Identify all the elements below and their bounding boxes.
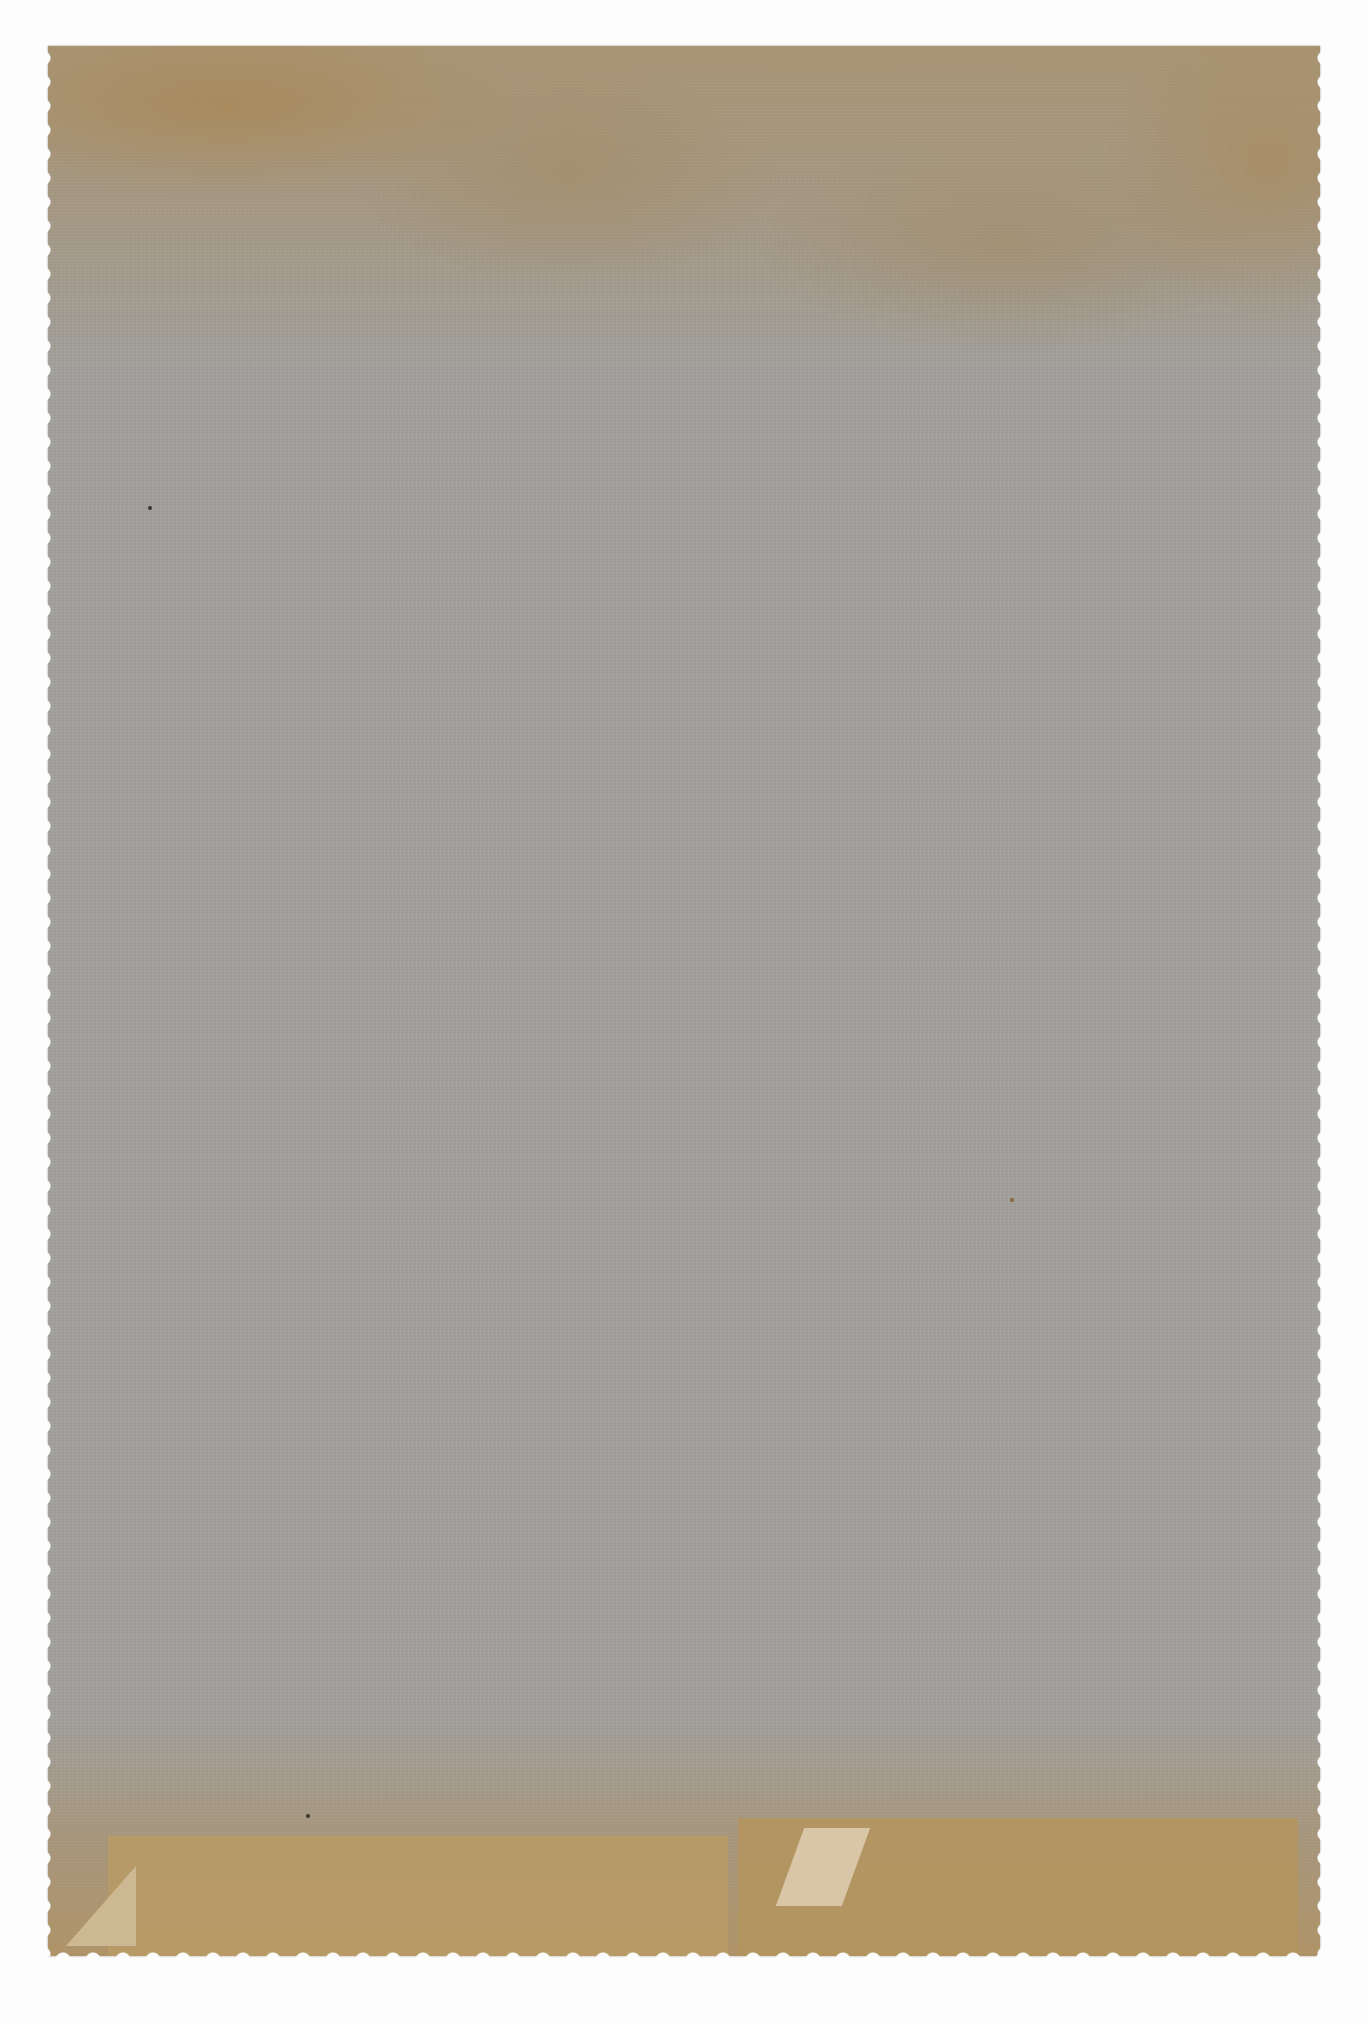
speck — [148, 506, 152, 510]
scalloped-edge-right — [1314, 46, 1324, 1956]
scalloped-edge-bottom — [48, 1946, 1320, 1960]
photo-card-back — [48, 46, 1320, 1956]
paper-tape-left — [108, 1836, 728, 1956]
water-stain-top — [48, 46, 1320, 376]
scalloped-edge-top — [48, 36, 1320, 50]
speck — [306, 1814, 310, 1818]
speck — [1010, 1198, 1014, 1202]
scalloped-edge-left — [44, 46, 54, 1956]
